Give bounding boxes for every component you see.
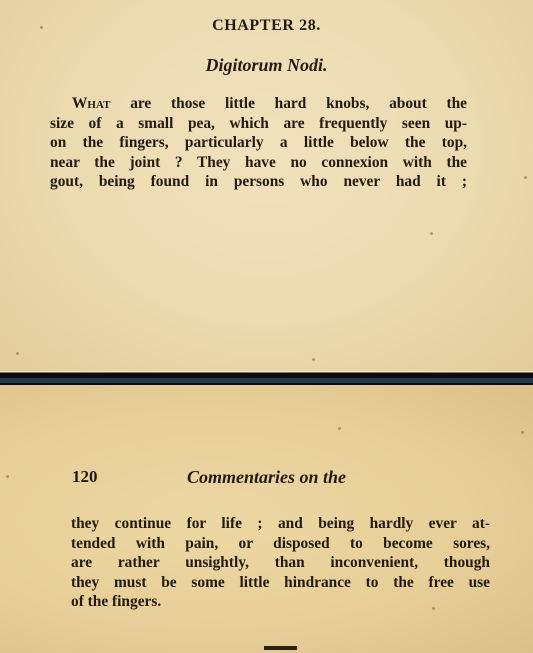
- paper-speck: [16, 352, 19, 355]
- paragraph-line: What are those little hard knobs, about …: [50, 94, 467, 114]
- paper-speck: [338, 427, 341, 430]
- top-paragraph: What are those little hard knobs, about …: [50, 94, 467, 192]
- page-divider: [0, 371, 533, 385]
- paragraph-line: are rather unsightly, than inconvenient,…: [71, 553, 490, 573]
- section-rule-mark: [264, 646, 297, 650]
- paragraph-line: of the fingers.: [71, 592, 490, 612]
- paper-speck: [312, 358, 315, 361]
- paper-speck: [524, 176, 527, 179]
- paragraph-line: near the joint ? They have no connexion …: [50, 153, 467, 173]
- drop-word: What: [72, 95, 110, 112]
- bottom-paragraph: they continue for life ; and being hardl…: [71, 514, 490, 612]
- chapter-heading: CHAPTER 28.: [0, 17, 533, 35]
- paragraph-line: tended with pain, or disposed to become …: [71, 534, 490, 554]
- paragraph-line: on the fingers, particularly a little be…: [50, 133, 467, 153]
- running-title: Commentaries on the: [187, 467, 346, 488]
- paragraph-line: they must be some little hindrance to th…: [71, 573, 490, 593]
- running-head: 120 Commentaries on the: [0, 467, 533, 491]
- paper-speck: [521, 431, 524, 434]
- chapter-subtitle: Digitorum Nodi.: [0, 55, 533, 76]
- paper-speck: [430, 232, 433, 235]
- paragraph-line: gout, being found in persons who never h…: [50, 172, 467, 192]
- page-number: 120: [72, 467, 98, 487]
- paragraph-line: they continue for life ; and being hardl…: [71, 514, 490, 534]
- paragraph-line: size of a small pea, which are frequentl…: [50, 114, 467, 134]
